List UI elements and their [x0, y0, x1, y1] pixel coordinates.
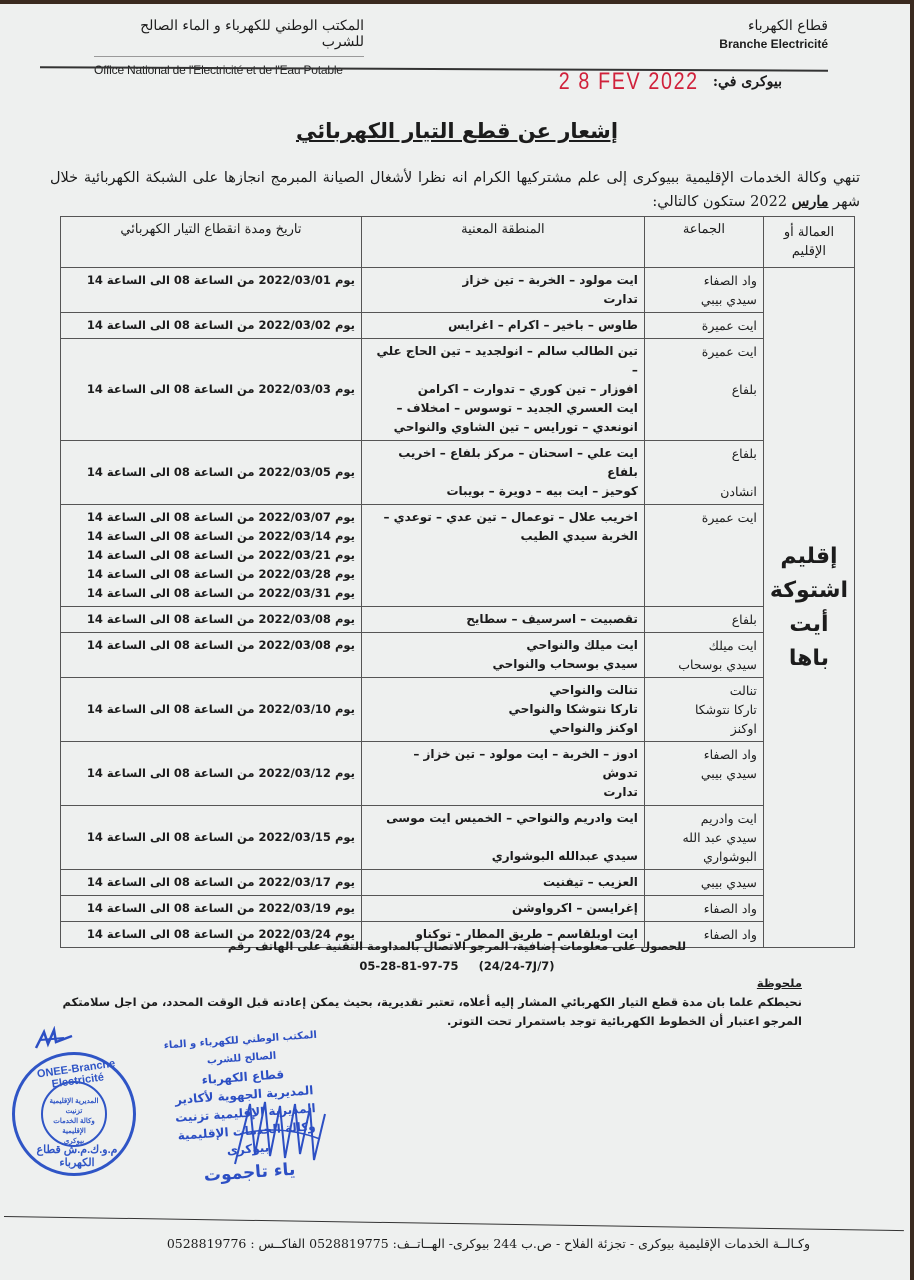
header-zone: المنطقة المعنية [361, 217, 644, 268]
table-row: إقليماشتوكةأيتباهاواد الصفاءسيدي بيبيايت… [61, 268, 855, 313]
commune-cell: تنالتتاركا نتوشكااوكنز [644, 678, 763, 742]
zone-cell-line: ايت علي – اسحنان – مركز بلفاع – اخريب [368, 444, 638, 463]
commune-cell: ايت ميلكسيدي بوسحاب [644, 633, 763, 678]
table-row: واد الصفاءسيدي بيبيادوز – الخربة – ايت م… [61, 742, 855, 806]
header-commune: الجماعة [644, 217, 763, 268]
contact-info: للحصول على معلومات إضافية، المرجو الاتصا… [0, 936, 914, 976]
zone-cell-line: إغرايسن – اكرواوشن [368, 899, 638, 918]
zone-cell: طاوس – باخير – اكرام – اغرايس [361, 313, 644, 339]
commune-cell: ايت عميرة [644, 313, 763, 339]
commune-cell: واد الصفاء [644, 896, 763, 922]
intro-paragraph: تنهي وكالة الخدمات الإقليمية ببيوكرى إلى… [50, 166, 860, 214]
date-cell: يوم 2022/03/05 من الساعة 08 الى الساعة 1… [61, 441, 362, 505]
round-stamp-bottom-text: م.و.ك.م.ش قطاع الكهرباء [25, 1143, 129, 1169]
contact-phone: 05-28-81-97-75 [359, 959, 458, 973]
date-cell-line: يوم 2022/03/10 من الساعة 08 الى الساعة 1… [67, 700, 355, 719]
zone-cell: ايت ميلك والنواحيسيدي بوسحاب والنواحي [361, 633, 644, 678]
commune-cell: بلفاع​انشادن [644, 441, 763, 505]
commune-cell-line: ايت عميرة [651, 508, 757, 527]
office-name-fr: Office National de l'Electricité et de l… [94, 63, 364, 77]
note-text: نحيطكم علما بان مدة قطع التيار الكهربائي… [40, 993, 802, 1031]
date-cell: يوم 2022/03/03 من الساعة 08 الى الساعة 1… [61, 339, 362, 441]
table-body: إقليماشتوكةأيتباهاواد الصفاءسيدي بيبيايت… [61, 268, 855, 948]
province-name-line: اشتوكة [770, 574, 848, 608]
commune-cell-line: بلفاع [651, 444, 757, 463]
footer-fax-label: الفاكــس : [250, 1236, 305, 1251]
zone-cell: ايت مولود – الخربة – تين خزازتدارت [361, 268, 644, 313]
zone-cell-line: سيدي عبدالله البوشواري [368, 847, 638, 866]
commune-cell-line: البوشواري [651, 847, 757, 866]
commune-cell: واد الصفاءسيدي بيبي [644, 742, 763, 806]
commune-cell-line: ايت عميرة [651, 316, 757, 335]
commune-cell-line: بلفاع [651, 380, 757, 399]
branch-header: قطاع الكهرباء Branche Electricité [719, 18, 828, 51]
commune-cell-line: واد الصفاء [651, 745, 757, 764]
date-stamp: 2 8 FEV 2022 [559, 68, 699, 96]
branch-name-fr: Branche Electricité [719, 37, 828, 51]
zone-cell-line: افوزار – تين كوري – تدوارت – اكرامن [368, 380, 638, 399]
zone-cell-line: الخربة سيدي الطيب [368, 527, 638, 546]
province-name-line: باها [770, 642, 848, 676]
zone-cell: تنالت والنواحيتاركا نتوشكا والنواحياوكنز… [361, 678, 644, 742]
table-row: بلفاعتقصبيت – اسرسيف – سطايحيوم 2022/03/… [61, 607, 855, 633]
signature-icon [230, 1094, 330, 1174]
zone-cell-line: ايت ميلك والنواحي [368, 636, 638, 655]
footer-divider [4, 1216, 904, 1231]
commune-cell: سيدي بيبي [644, 870, 763, 896]
commune-cell-line: سيدي بيبي [651, 873, 757, 892]
commune-cell-line: انشادن [651, 482, 757, 501]
header-date: تاريخ ومدة انقطاع التيار الكهربائي [61, 217, 362, 268]
zone-cell-line: ادوز – الخربة – ايت مولود – تين خزاز – [368, 745, 638, 764]
table-row: ايت ميلكسيدي بوسحابايت ميلك والنواحيسيدي… [61, 633, 855, 678]
date-cell-line: يوم 2022/03/21 من الساعة 08 الى الساعة 1… [67, 546, 355, 565]
round-stamp-inner-line: المديرية الإقليمية تزنيت [43, 1097, 105, 1117]
commune-cell-line: ​ [651, 463, 757, 482]
page-title: إشعار عن قطع التيار الكهربائي [0, 119, 914, 143]
date-cell-line: يوم 2022/03/14 من الساعة 08 الى الساعة 1… [67, 527, 355, 546]
zone-cell: إغرايسن – اكرواوشن [361, 896, 644, 922]
date-cell-line: يوم 2022/03/12 من الساعة 08 الى الساعة 1… [67, 764, 355, 783]
commune-cell-line: تاركا نتوشكا [651, 700, 757, 719]
contact-availability: (24/24-7J/7) [479, 959, 555, 973]
date-cell-line: يوم 2022/03/19 من الساعة 08 الى الساعة 1… [67, 899, 355, 918]
zone-cell-line: طاوس – باخير – اكرام – اغرايس [368, 316, 638, 335]
zone-cell-line: اوكنز والنواحي [368, 719, 638, 738]
zone-cell: اخريب علال – توعمال – تين عدي – توعدي –ا… [361, 505, 644, 607]
zone-cell-line: تنالت والنواحي [368, 681, 638, 700]
office-name-ar: المكتب الوطني للكهرباء و الماء الصالح لل… [94, 18, 364, 57]
commune-cell-line: اوكنز [651, 719, 757, 738]
zone-cell: تين الطالب سالم – انولجديد – تين الحاج ع… [361, 339, 644, 441]
zone-cell-line: سيدي بوسحاب والنواحي [368, 655, 638, 674]
date-cell-line: يوم 2022/03/05 من الساعة 08 الى الساعة 1… [67, 463, 355, 482]
province-name-line: أيت [770, 608, 848, 642]
contact-phone-line: (24/24-7J/7) 05-28-81-97-75 [0, 956, 914, 976]
commune-cell: واد الصفاءسيدي بيبي [644, 268, 763, 313]
zone-cell-line: ايت مولود – الخربة – تين خزاز [368, 271, 638, 290]
round-stamp-inner-line: وكالة الخدمات الإقليمية [43, 1117, 105, 1137]
commune-cell-line: ايت وادريم [651, 809, 757, 828]
footer-fax: 0528819776 [167, 1236, 247, 1251]
commune-cell-line: ايت عميرة [651, 342, 757, 361]
zone-cell-line: كوحيز – ايت بيه – دويرة – بويبات [368, 482, 638, 501]
table-row: ايت عميرةطاوس – باخير – اكرام – اغرايسيو… [61, 313, 855, 339]
province-cell: إقليماشتوكةأيتباها [763, 268, 854, 948]
commune-cell-line: واد الصفاء [651, 899, 757, 918]
zone-cell-line: العزيب – تيفنيت [368, 873, 638, 892]
date-cell-line: يوم 2022/03/15 من الساعة 08 الى الساعة 1… [67, 828, 355, 847]
initials-mark-icon [34, 1026, 74, 1052]
header-province: العمالة أو الإقليم [763, 217, 854, 268]
date-cell-line: يوم 2022/03/28 من الساعة 08 الى الساعة 1… [67, 565, 355, 584]
date-cell-line: يوم 2022/03/08 من الساعة 08 الى الساعة 1… [67, 610, 355, 629]
date-cell-line: يوم 2022/03/07 من الساعة 08 الى الساعة 1… [67, 508, 355, 527]
date-cell-line: يوم 2022/03/03 من الساعة 08 الى الساعة 1… [67, 380, 355, 399]
commune-cell: ايت عميرة​بلفاع [644, 339, 763, 441]
zone-cell-line: تدارت [368, 290, 638, 309]
zone-cell: ادوز – الخربة – ايت مولود – تين خزاز –تد… [361, 742, 644, 806]
note-section: ملحوظة نحيطكم علما بان مدة قطع التيار ال… [40, 974, 802, 1031]
commune-cell-line: سيدي بيبي [651, 764, 757, 783]
zone-cell-line: تين الطالب سالم – انولجديد – تين الحاج ع… [368, 342, 638, 380]
date-cell: يوم 2022/03/17 من الساعة 08 الى الساعة 1… [61, 870, 362, 896]
commune-cell-line: سيدي عبد الله [651, 828, 757, 847]
zone-cell-line: تاركا نتوشكا والنواحي [368, 700, 638, 719]
zone-cell-line: بلفاع [368, 463, 638, 482]
date-cell: يوم 2022/03/12 من الساعة 08 الى الساعة 1… [61, 742, 362, 806]
date-cell-line: يوم 2022/03/08 من الساعة 08 الى الساعة 1… [67, 636, 355, 655]
date-cell-line: يوم 2022/03/02 من الساعة 08 الى الساعة 1… [67, 316, 355, 335]
place-label: بيوكرى في: [713, 74, 782, 90]
table-row: تنالتتاركا نتوشكااوكنزتنالت والنواحيتارك… [61, 678, 855, 742]
commune-cell-line: بلفاع [651, 610, 757, 629]
date-cell: يوم 2022/03/07 من الساعة 08 الى الساعة 1… [61, 505, 362, 607]
footer-address: وكـالــة الخدمات الإقليمية بيوكرى - تجزئ… [40, 1236, 810, 1251]
official-round-stamp: ONEE-Branche Electricité المديرية الإقلي… [12, 1052, 136, 1176]
commune-cell-line: ايت ميلك [651, 636, 757, 655]
branch-name-ar: قطاع الكهرباء [719, 18, 828, 34]
date-line: بيوكرى في: 2 8 FEV 2022 [528, 68, 782, 96]
date-cell: يوم 2022/03/10 من الساعة 08 الى الساعة 1… [61, 678, 362, 742]
commune-cell-line: سيدي بيبي [651, 290, 757, 309]
footer-phone: 0528819775 [309, 1236, 389, 1251]
contact-text: للحصول على معلومات إضافية، المرجو الاتصا… [0, 936, 914, 956]
commune-cell-line: واد الصفاء [651, 271, 757, 290]
table-row: ايت عميرة​بلفاعتين الطالب سالم – انولجدي… [61, 339, 855, 441]
date-cell-line: يوم 2022/03/31 من الساعة 08 الى الساعة 1… [67, 584, 355, 603]
date-cell: يوم 2022/03/19 من الساعة 08 الى الساعة 1… [61, 896, 362, 922]
table-row: سيدي بيبيالعزيب – تيفنيتيوم 2022/03/17 م… [61, 870, 855, 896]
zone-cell: ايت وادريم والنواحي – الخميس ايت موسى​سي… [361, 806, 644, 870]
zone-cell-line: انونعدي – تورايس – تين الشاوي والنواحي [368, 418, 638, 437]
date-cell-line: يوم 2022/03/17 من الساعة 08 الى الساعة 1… [67, 873, 355, 892]
commune-cell-line: تنالت [651, 681, 757, 700]
province-name-line: إقليم [770, 540, 848, 574]
date-cell: يوم 2022/03/08 من الساعة 08 الى الساعة 1… [61, 607, 362, 633]
date-cell: يوم 2022/03/01 من الساعة 08 الى الساعة 1… [61, 268, 362, 313]
date-cell-line: يوم 2022/03/01 من الساعة 08 الى الساعة 1… [67, 271, 355, 290]
intro-month: مارس [792, 193, 829, 210]
date-cell: يوم 2022/03/02 من الساعة 08 الى الساعة 1… [61, 313, 362, 339]
zone-cell: تقصبيت – اسرسيف – سطايح [361, 607, 644, 633]
notice-document: قطاع الكهرباء Branche Electricité المكتب… [0, 4, 910, 1280]
date-cell: يوم 2022/03/15 من الساعة 08 الى الساعة 1… [61, 806, 362, 870]
zone-cell: ايت علي – اسحنان – مركز بلفاع – اخريببلف… [361, 441, 644, 505]
outage-schedule-table: العمالة أو الإقليم الجماعة المنطقة المعن… [60, 216, 855, 948]
zone-cell-line: ايت وادريم والنواحي – الخميس ايت موسى [368, 809, 638, 828]
date-cell: يوم 2022/03/08 من الساعة 08 الى الساعة 1… [61, 633, 362, 678]
zone-cell-line: ايت العسري الجديد – توسوس – امخلاف – [368, 399, 638, 418]
zone-cell-line: تقصبيت – اسرسيف – سطايح [368, 610, 638, 629]
intro-part2: 2022 ستكون كالتالي: [652, 194, 791, 210]
table-header-row: العمالة أو الإقليم الجماعة المنطقة المعن… [61, 217, 855, 268]
commune-cell: بلفاع [644, 607, 763, 633]
zone-cell: العزيب – تيفنيت [361, 870, 644, 896]
commune-cell-line: ​ [651, 361, 757, 380]
table-row: ايت عميرةاخريب علال – توعمال – تين عدي –… [61, 505, 855, 607]
table-row: ايت وادريمسيدي عبد اللهالبوشواريايت وادر… [61, 806, 855, 870]
commune-cell: ايت وادريمسيدي عبد اللهالبوشواري [644, 806, 763, 870]
zone-cell-line: تدوش [368, 764, 638, 783]
table-row: واد الصفاءإغرايسن – اكرواوشنيوم 2022/03/… [61, 896, 855, 922]
commune-cell-line: سيدي بوسحاب [651, 655, 757, 674]
zone-cell-line: ​ [368, 828, 638, 847]
footer-agency: وكـالــة الخدمات الإقليمية بيوكرى - تجزئ… [393, 1236, 810, 1251]
note-title: ملحوظة [40, 974, 802, 993]
zone-cell-line: اخريب علال – توعمال – تين عدي – توعدي – [368, 508, 638, 527]
zone-cell-line: تدارت [368, 783, 638, 802]
table-row: بلفاع​انشادنايت علي – اسحنان – مركز بلفا… [61, 441, 855, 505]
commune-cell: ايت عميرة [644, 505, 763, 607]
round-stamp-inner: المديرية الإقليمية تزنيت وكالة الخدمات ا… [41, 1081, 107, 1147]
